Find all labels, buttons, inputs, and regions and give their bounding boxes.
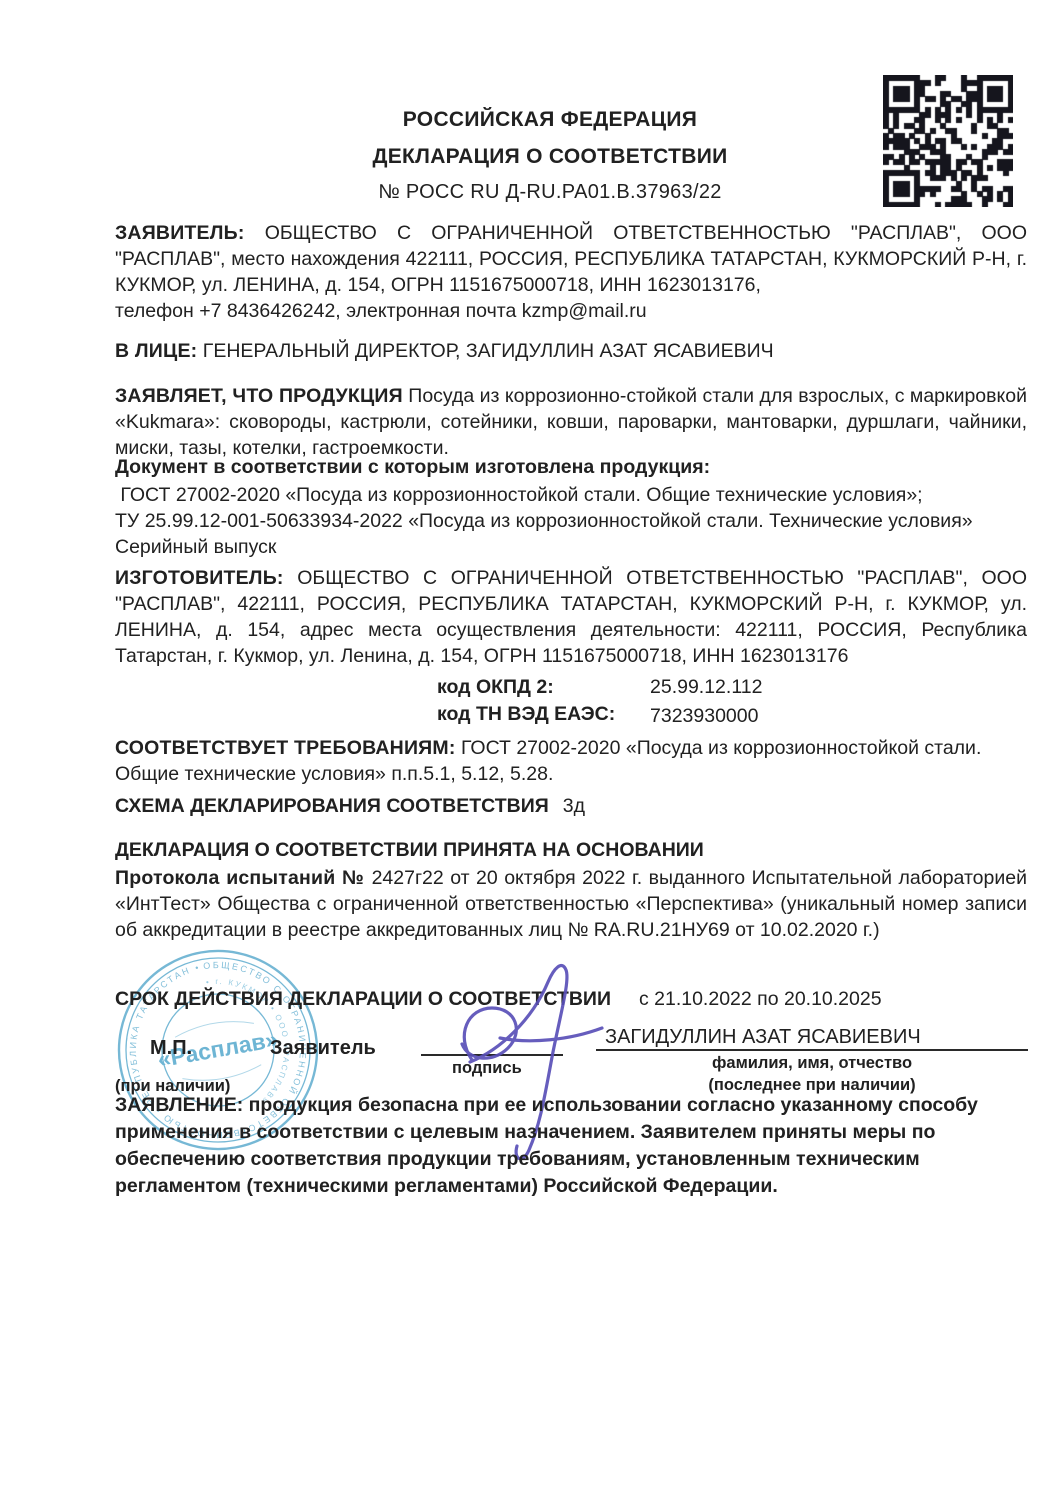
compliance-paragraph: СООТВЕТСТВУЕТ ТРЕБОВАНИЯМ: ГОСТ 27002-20… (115, 735, 1027, 787)
scheme-value: 3д (563, 795, 585, 817)
manufactured-doc-line-serial: Серийный выпуск (115, 534, 1027, 560)
manufactured-doc-line-tu: ТУ 25.99.12-001-50633934-2022 «Посуда из… (115, 508, 1027, 534)
basis-label: ДЕКЛАРАЦИЯ О СООТВЕТСТВИИ ПРИНЯТА НА ОСН… (115, 839, 1027, 862)
product-label: ЗАЯВЛЯЕТ, ЧТО ПРОДУКЦИЯ (115, 385, 403, 407)
applicant-role-label: Заявитель (270, 1037, 376, 1060)
tnved-code-label: код ТН ВЭД ЕАЭС: (437, 703, 615, 726)
name-line (596, 1049, 1028, 1051)
signatory-name: ЗАГИДУЛЛИН АЗАТ ЯСАВИЕВИЧ (605, 1026, 921, 1049)
applicant-text: ОБЩЕСТВО С ОГРАНИЧЕННОЙ ОТВЕТСТВЕННОСТЬЮ… (115, 222, 1027, 296)
manufactured-doc-label: Документ в соответствии с которым изгото… (115, 456, 1027, 479)
okpd-code-value: 25.99.12.112 (650, 676, 762, 699)
applicant-paragraph: ЗАЯВИТЕЛЬ: ОБЩЕСТВО С ОГРАНИЧЕННОЙ ОТВЕТ… (115, 220, 1027, 324)
header-country: РОССИЙСКАЯ ФЕДЕРАЦИЯ (40, 108, 1060, 132)
statement-text: продукция безопасна при ее использовании… (115, 1094, 978, 1197)
basis-paragraph: Протокола испытаний № 2427г22 от 20 октя… (115, 865, 1027, 943)
applicant-label: ЗАЯВИТЕЛЬ: (115, 222, 245, 244)
declaration-number: № РОСС RU Д-RU.РА01.В.37963/22 (40, 181, 1060, 204)
okpd-code-label: код ОКПД 2: (437, 676, 554, 699)
in-person-label: В ЛИЦЕ: (115, 340, 197, 362)
manufactured-doc-line-gost: ГОСТ 27002-2020 «Посуда из коррозионност… (115, 482, 1027, 508)
tnved-code-value: 7323930000 (650, 705, 758, 728)
scheme-label: СХЕМА ДЕКЛАРИРОВАНИЯ СООТВЕТСТВИЯ (115, 795, 549, 817)
name-caption-1: фамилия, имя, отчество (596, 1054, 1028, 1073)
declaration-document: РОССИЙСКАЯ ФЕДЕРАЦИЯ ДЕКЛАРАЦИЯ О СООТВЕ… (0, 0, 1060, 1500)
manufacturer-label: ИЗГОТОВИТЕЛЬ: (115, 567, 284, 589)
mp-label: М.П. (150, 1037, 192, 1060)
in-person-line: В ЛИЦЕ: ГЕНЕРАЛЬНЫЙ ДИРЕКТОР, ЗАГИДУЛЛИН… (115, 338, 1027, 364)
applicant-contact: телефон +7 8436426242, электронная почта… (115, 300, 647, 322)
scheme-line: СХЕМА ДЕКЛАРИРОВАНИЯ СООТВЕТСТВИЯ3д (115, 795, 1027, 818)
basis-protocol-label: Протокола испытаний № (115, 867, 365, 889)
statement-label: ЗАЯВЛЕНИЕ: (115, 1094, 243, 1116)
validity-value: с 21.10.2022 по 20.10.2025 (639, 988, 882, 1010)
page-title: ДЕКЛАРАЦИЯ О СООТВЕТСТВИИ (40, 145, 1060, 169)
product-paragraph: ЗАЯВЛЯЕТ, ЧТО ПРОДУКЦИЯ Посуда из корроз… (115, 383, 1027, 461)
manufacturer-paragraph: ИЗГОТОВИТЕЛЬ: ОБЩЕСТВО С ОГРАНИЧЕННОЙ ОТ… (115, 565, 1027, 669)
compliance-label: СООТВЕТСТВУЕТ ТРЕБОВАНИЯМ: (115, 737, 456, 759)
statement-paragraph: ЗАЯВЛЕНИЕ: продукция безопасна при ее ис… (115, 1092, 1027, 1200)
in-person-text: ГЕНЕРАЛЬНЫЙ ДИРЕКТОР, ЗАГИДУЛЛИН АЗАТ ЯС… (203, 340, 774, 362)
